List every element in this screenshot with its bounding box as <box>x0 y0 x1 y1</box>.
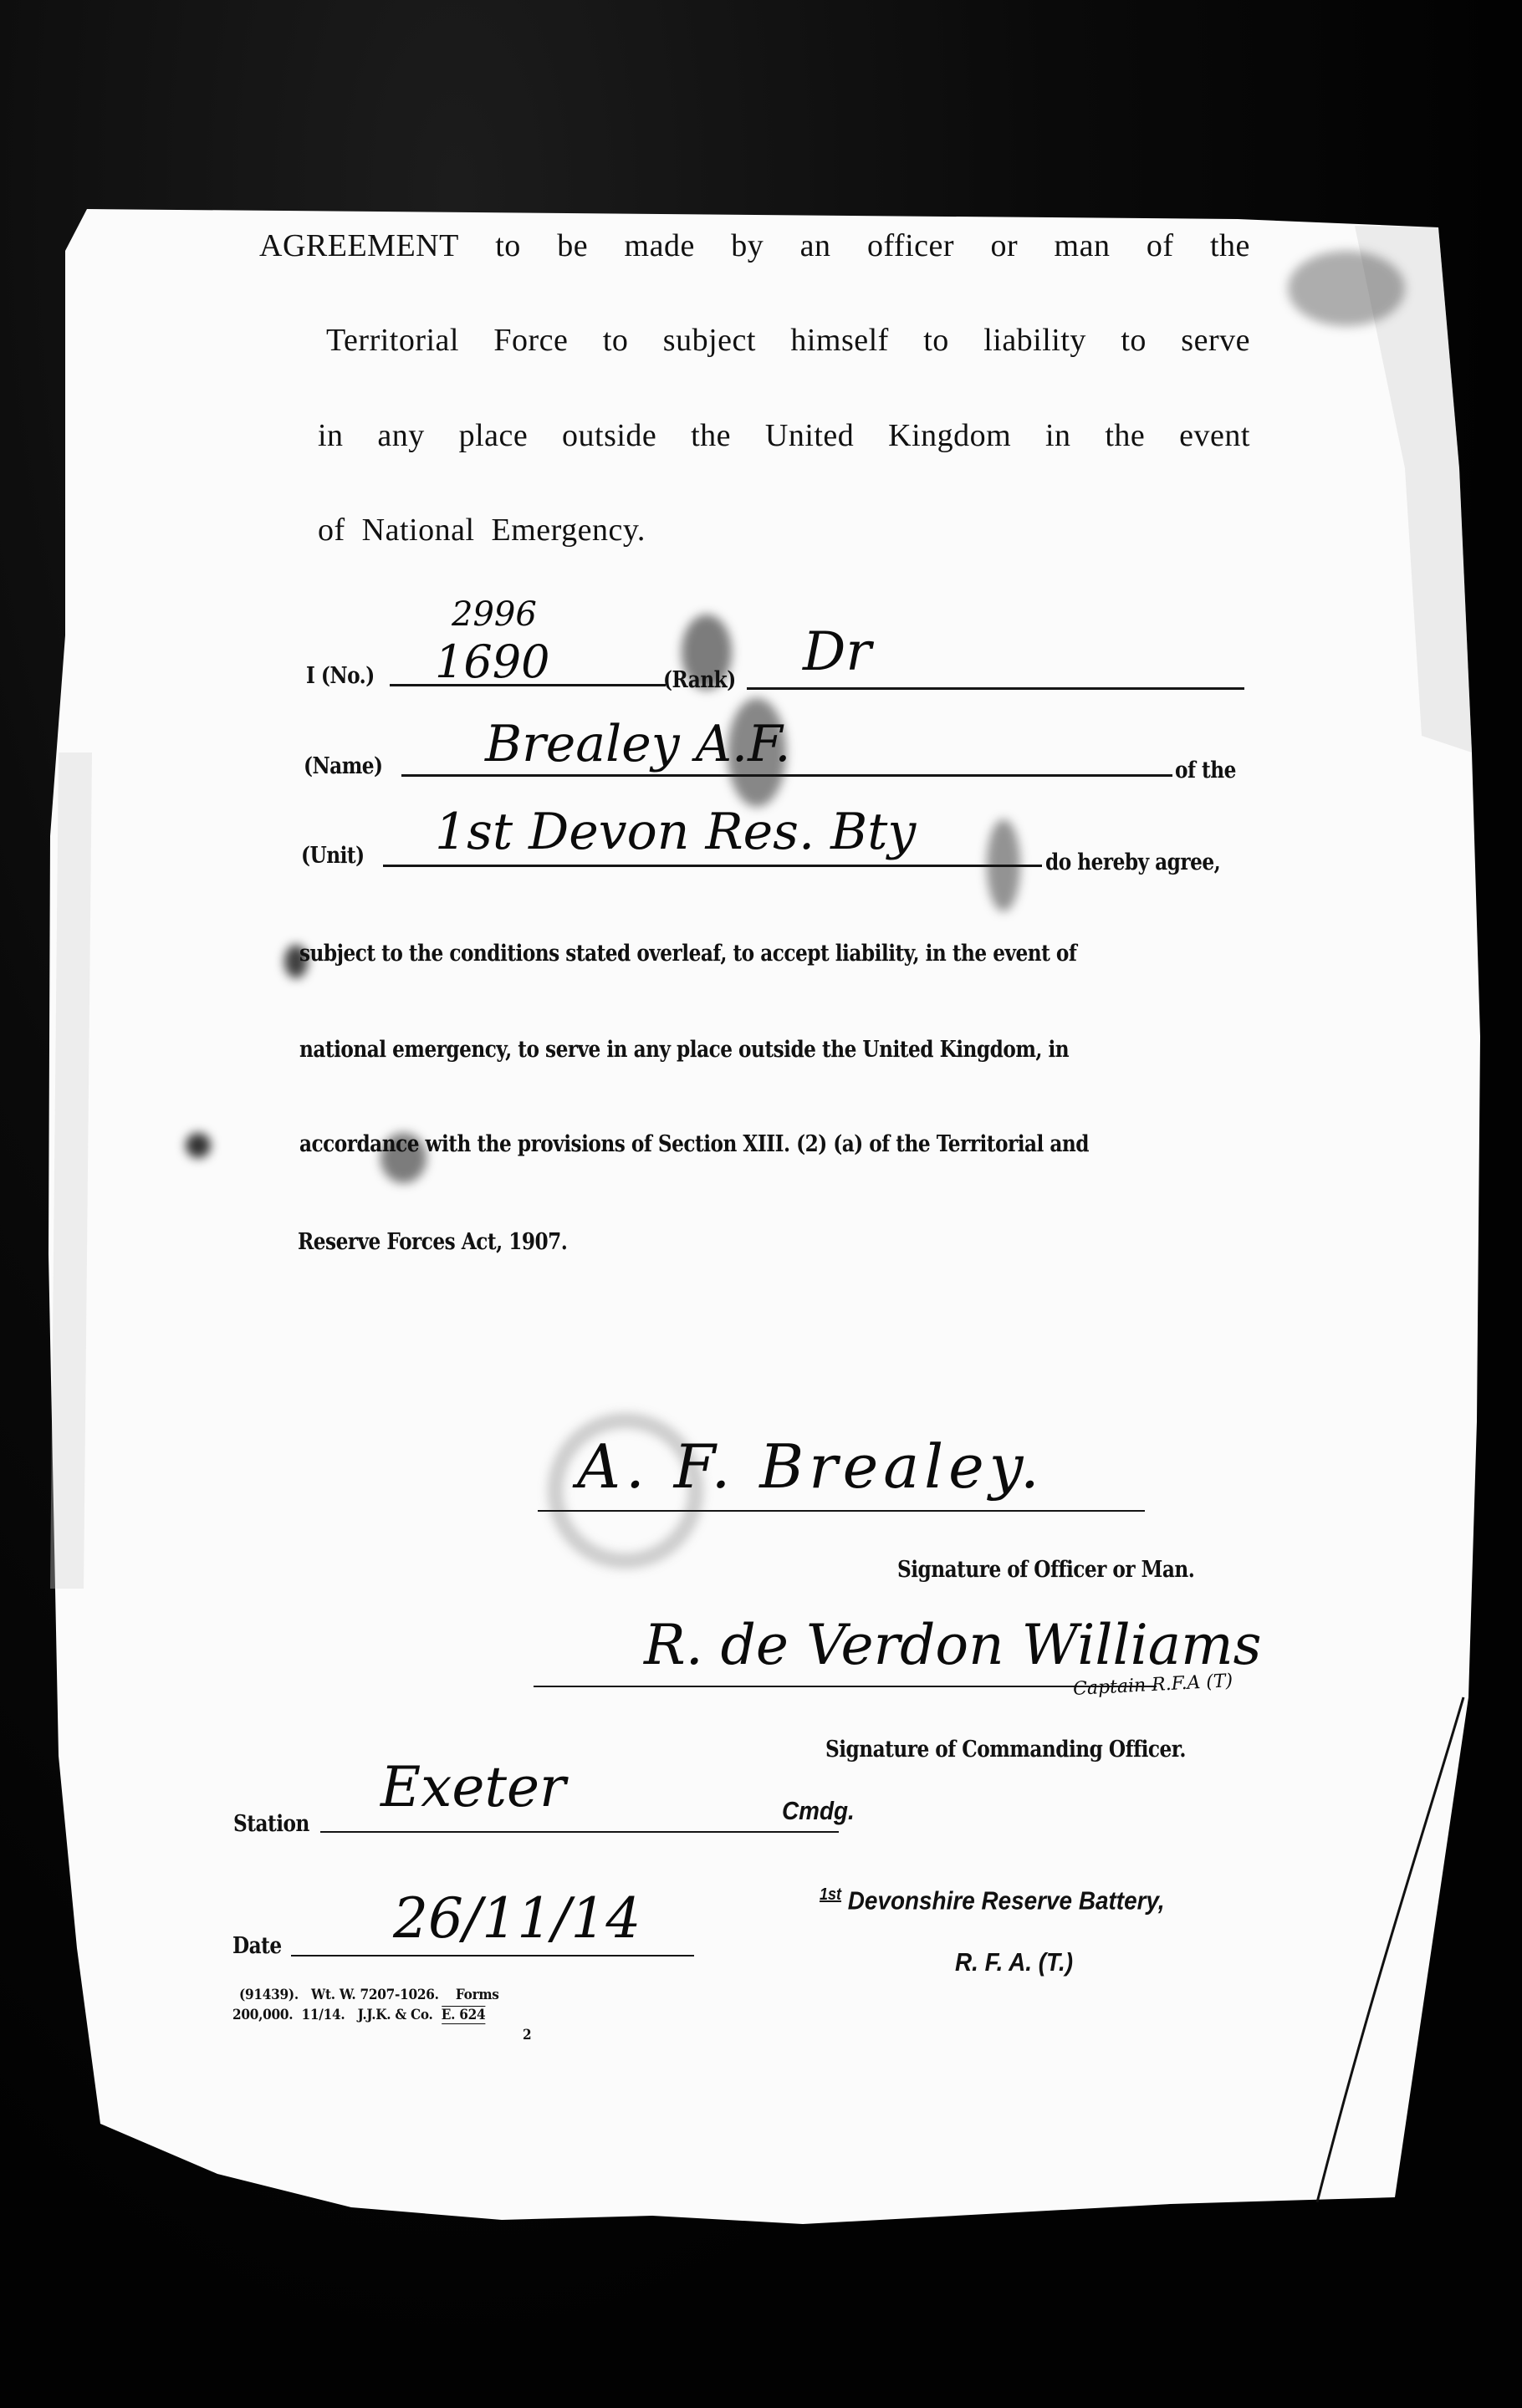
rank-label: (Rank) <box>663 669 736 691</box>
name-suffix: of the <box>1175 759 1236 782</box>
stamp-rfa: R. F. A. (T.) <box>955 1949 1073 1975</box>
date-value: 26/11/14 <box>393 1891 641 1946</box>
heading-line-2: TerritorialForcetosubjecthimselftoliabil… <box>326 324 1250 356</box>
imprint-row-1: (91439). Wt. W. 7207-1026. Forms <box>239 1988 499 2002</box>
number-correction: 2996 <box>452 598 537 631</box>
body-line-4: Reserve Forces Act, 1907. <box>298 1231 567 1253</box>
unit-suffix: do hereby agree, <box>1045 851 1220 874</box>
heading-line-3: inanyplaceoutsidetheUnitedKingdomintheev… <box>318 420 1250 451</box>
date-label: Date <box>232 1935 282 1957</box>
station-field-line <box>320 1831 839 1833</box>
heading-line-1: AGREEMENTtobemadebyanofficerormanofthe <box>259 230 1250 262</box>
stamp-cmdg: Cmdg. <box>782 1798 855 1824</box>
stamp-battery-name: Devonshire Reserve Battery, <box>848 1885 1165 1915</box>
name-label: (Name) <box>304 755 382 778</box>
body-line-1: subject to the conditions stated overlea… <box>299 942 1231 965</box>
rank-value: Dr <box>803 625 871 679</box>
imprint-form-sub: 2 <box>523 2028 531 2043</box>
name-value: Brealey A.F. <box>485 719 790 769</box>
station-value: Exeter <box>380 1760 566 1815</box>
officer-signature: R. de Verdon Williams <box>644 1618 1262 1673</box>
paper-sheet <box>0 0 1522 2408</box>
stamp-ordinal: 1st <box>820 1885 841 1904</box>
man-signature: A. F. Brealey. <box>577 1436 1044 1497</box>
ink-stain <box>186 1133 211 1158</box>
officer-signature-caption: Signature of Commanding Officer. <box>825 1738 1186 1761</box>
document-page: AGREEMENTtobemadebyanofficerormanofthe T… <box>0 0 1522 2408</box>
imprint-row-2: 200,000. 11/14. J.J.K. & Co. E. 624 <box>232 2008 485 2023</box>
body-line-3: accordance with the provisions of Sectio… <box>299 1133 1231 1156</box>
rank-field-line <box>747 687 1244 690</box>
stamp-battery: 1st Devonshire Reserve Battery, <box>820 1886 1165 1913</box>
body-line-2: national emergency, to serve in any plac… <box>299 1038 1231 1061</box>
name-field-line <box>401 774 1172 777</box>
unit-value: 1st Devon Res. Bty <box>435 807 916 857</box>
officer-signature-line <box>534 1686 1157 1687</box>
ink-stain <box>1288 251 1405 326</box>
man-signature-caption: Signature of Officer or Man. <box>897 1559 1194 1581</box>
heading-line-4: of National Emergency. <box>318 514 646 546</box>
unit-field-line <box>383 865 1042 867</box>
date-field-line <box>291 1955 694 1956</box>
man-signature-line <box>538 1510 1145 1512</box>
number-label: I (No.) <box>306 665 375 687</box>
station-label: Station <box>233 1813 309 1835</box>
unit-label: (Unit) <box>301 844 365 867</box>
number-value: 1690 <box>435 640 549 685</box>
